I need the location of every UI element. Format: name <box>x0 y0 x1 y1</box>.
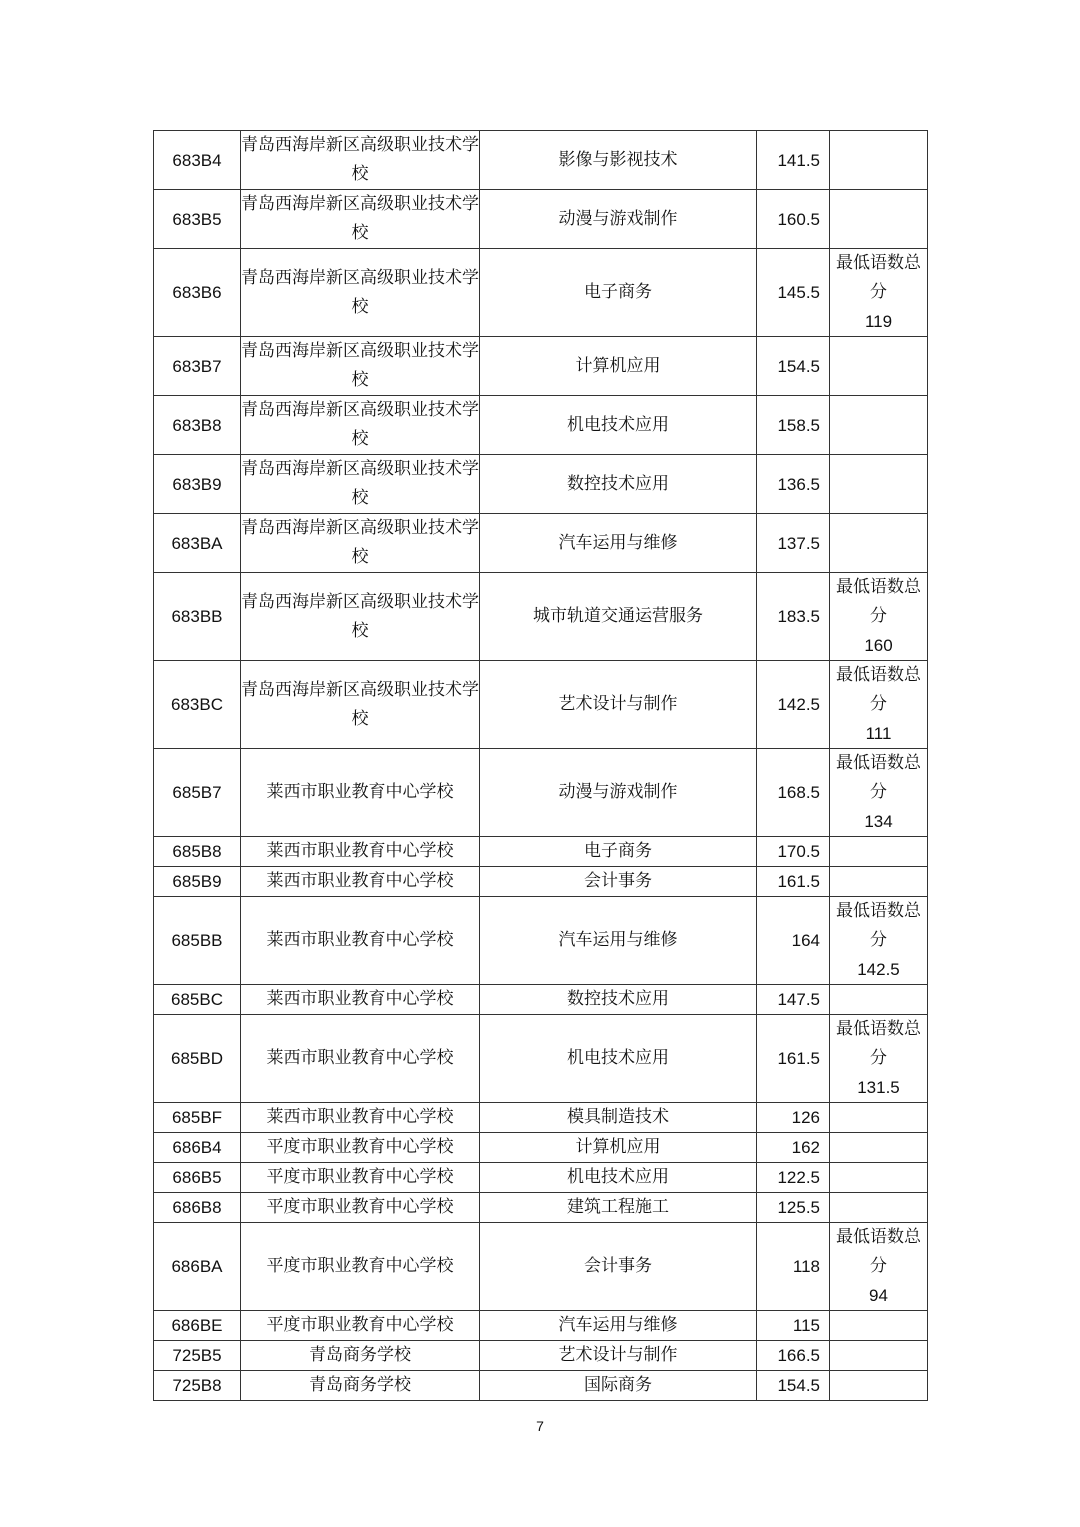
program-code-cell: 725B8 <box>154 1371 241 1401</box>
min-score-cell: 141.5 <box>757 131 830 190</box>
table-row: 683B4青岛西海岸新区高级职业技术学校影像与影视技术141.5 <box>154 131 928 190</box>
major-cell: 动漫与游戏制作 <box>480 749 757 837</box>
remark-value: 111 <box>830 719 927 748</box>
table-row: 685B9莱西市职业教育中心学校会计事务161.5 <box>154 867 928 897</box>
program-code-cell: 686BA <box>154 1223 241 1311</box>
school-name-cell: 青岛西海岸新区高级职业技术学校 <box>241 514 480 573</box>
min-score-cell: 154.5 <box>757 337 830 396</box>
remark-cell <box>830 1103 928 1133</box>
min-score-cell: 122.5 <box>757 1163 830 1193</box>
school-name-cell: 青岛西海岸新区高级职业技术学校 <box>241 337 480 396</box>
program-code-cell: 683BA <box>154 514 241 573</box>
major-cell: 计算机应用 <box>480 337 757 396</box>
table-row: 683B9青岛西海岸新区高级职业技术学校数控技术应用136.5 <box>154 455 928 514</box>
school-name-cell: 青岛商务学校 <box>241 1371 480 1401</box>
min-score-cell: 154.5 <box>757 1371 830 1401</box>
min-score-cell: 136.5 <box>757 455 830 514</box>
remark-cell <box>830 131 928 190</box>
school-name-cell: 莱西市职业教育中心学校 <box>241 749 480 837</box>
min-score-cell: 137.5 <box>757 514 830 573</box>
major-cell: 建筑工程施工 <box>480 1193 757 1223</box>
school-name-cell: 平度市职业教育中心学校 <box>241 1223 480 1311</box>
table-row: 686BE平度市职业教育中心学校汽车运用与维修115 <box>154 1311 928 1341</box>
school-name-cell: 青岛商务学校 <box>241 1341 480 1371</box>
remark-cell <box>830 1163 928 1193</box>
remark-value: 134 <box>830 807 927 836</box>
program-code-cell: 685BB <box>154 897 241 985</box>
table-row: 685BF莱西市职业教育中心学校模具制造技术126 <box>154 1103 928 1133</box>
table-row: 685B7莱西市职业教育中心学校动漫与游戏制作168.5最低语数总分134 <box>154 749 928 837</box>
major-cell: 艺术设计与制作 <box>480 1341 757 1371</box>
remark-cell <box>830 867 928 897</box>
table-row: 685BC莱西市职业教育中心学校数控技术应用147.5 <box>154 985 928 1015</box>
table-row: 685BB莱西市职业教育中心学校汽车运用与维修164最低语数总分142.5 <box>154 897 928 985</box>
school-name-cell: 青岛西海岸新区高级职业技术学校 <box>241 396 480 455</box>
program-code-cell: 683B6 <box>154 249 241 337</box>
table-row: 725B5青岛商务学校艺术设计与制作166.5 <box>154 1341 928 1371</box>
remark-cell <box>830 396 928 455</box>
major-cell: 机电技术应用 <box>480 1163 757 1193</box>
school-name-cell: 平度市职业教育中心学校 <box>241 1193 480 1223</box>
remark-label: 最低语数总分 <box>830 573 927 631</box>
remark-cell <box>830 190 928 249</box>
table-row: 685BD莱西市职业教育中心学校机电技术应用161.5最低语数总分131.5 <box>154 1015 928 1103</box>
school-name-cell: 平度市职业教育中心学校 <box>241 1133 480 1163</box>
min-score-cell: 126 <box>757 1103 830 1133</box>
remark-cell: 最低语数总分160 <box>830 573 928 661</box>
min-score-cell: 161.5 <box>757 1015 830 1103</box>
school-name-cell: 莱西市职业教育中心学校 <box>241 837 480 867</box>
min-score-cell: 164 <box>757 897 830 985</box>
remark-cell <box>830 1371 928 1401</box>
table-row: 683BB青岛西海岸新区高级职业技术学校城市轨道交通运营服务183.5最低语数总… <box>154 573 928 661</box>
school-name-cell: 青岛西海岸新区高级职业技术学校 <box>241 661 480 749</box>
school-name-cell: 平度市职业教育中心学校 <box>241 1163 480 1193</box>
remark-value: 142.5 <box>830 955 927 984</box>
major-cell: 影像与影视技术 <box>480 131 757 190</box>
program-code-cell: 725B5 <box>154 1341 241 1371</box>
table-row: 683B7青岛西海岸新区高级职业技术学校计算机应用154.5 <box>154 337 928 396</box>
school-name-cell: 青岛西海岸新区高级职业技术学校 <box>241 573 480 661</box>
school-name-cell: 青岛西海岸新区高级职业技术学校 <box>241 131 480 190</box>
remark-value: 94 <box>830 1281 927 1310</box>
remark-cell: 最低语数总分142.5 <box>830 897 928 985</box>
school-name-cell: 青岛西海岸新区高级职业技术学校 <box>241 190 480 249</box>
remark-value: 119 <box>830 307 927 336</box>
min-score-cell: 168.5 <box>757 749 830 837</box>
program-code-cell: 685BC <box>154 985 241 1015</box>
min-score-cell: 145.5 <box>757 249 830 337</box>
major-cell: 汽车运用与维修 <box>480 514 757 573</box>
remark-cell: 最低语数总分134 <box>830 749 928 837</box>
school-name-cell: 莱西市职业教育中心学校 <box>241 1103 480 1133</box>
major-cell: 汽车运用与维修 <box>480 1311 757 1341</box>
remark-cell: 最低语数总分94 <box>830 1223 928 1311</box>
min-score-cell: 166.5 <box>757 1341 830 1371</box>
program-code-cell: 685B8 <box>154 837 241 867</box>
major-cell: 计算机应用 <box>480 1133 757 1163</box>
program-code-cell: 683BB <box>154 573 241 661</box>
remark-cell <box>830 514 928 573</box>
remark-value: 160 <box>830 631 927 660</box>
major-cell: 电子商务 <box>480 249 757 337</box>
major-cell: 艺术设计与制作 <box>480 661 757 749</box>
school-name-cell: 青岛西海岸新区高级职业技术学校 <box>241 455 480 514</box>
remark-cell <box>830 837 928 867</box>
school-name-cell: 青岛西海岸新区高级职业技术学校 <box>241 249 480 337</box>
min-score-cell: 142.5 <box>757 661 830 749</box>
table-body: 683B4青岛西海岸新区高级职业技术学校影像与影视技术141.5683B5青岛西… <box>154 131 928 1401</box>
table-row: 686BA平度市职业教育中心学校会计事务118最低语数总分94 <box>154 1223 928 1311</box>
remark-cell <box>830 1311 928 1341</box>
school-name-cell: 莱西市职业教育中心学校 <box>241 897 480 985</box>
program-code-cell: 685B7 <box>154 749 241 837</box>
table-row: 686B4平度市职业教育中心学校计算机应用162 <box>154 1133 928 1163</box>
table-row: 683B6青岛西海岸新区高级职业技术学校电子商务145.5最低语数总分119 <box>154 249 928 337</box>
table-row: 683B8青岛西海岸新区高级职业技术学校机电技术应用158.5 <box>154 396 928 455</box>
major-cell: 机电技术应用 <box>480 396 757 455</box>
remark-cell <box>830 1133 928 1163</box>
program-code-cell: 683B9 <box>154 455 241 514</box>
min-score-cell: 160.5 <box>757 190 830 249</box>
min-score-cell: 115 <box>757 1311 830 1341</box>
program-code-cell: 686B5 <box>154 1163 241 1193</box>
program-code-cell: 686B8 <box>154 1193 241 1223</box>
min-score-cell: 158.5 <box>757 396 830 455</box>
major-cell: 会计事务 <box>480 1223 757 1311</box>
program-code-cell: 683B5 <box>154 190 241 249</box>
remark-label: 最低语数总分 <box>830 1223 927 1281</box>
school-name-cell: 莱西市职业教育中心学校 <box>241 867 480 897</box>
program-code-cell: 685B9 <box>154 867 241 897</box>
major-cell: 动漫与游戏制作 <box>480 190 757 249</box>
program-code-cell: 683B4 <box>154 131 241 190</box>
remark-cell <box>830 1193 928 1223</box>
remark-cell <box>830 455 928 514</box>
table-row: 685B8莱西市职业教育中心学校电子商务170.5 <box>154 837 928 867</box>
table-row: 686B8平度市职业教育中心学校建筑工程施工125.5 <box>154 1193 928 1223</box>
major-cell: 模具制造技术 <box>480 1103 757 1133</box>
remark-value: 131.5 <box>830 1073 927 1102</box>
remark-label: 最低语数总分 <box>830 749 927 807</box>
table-row: 683B5青岛西海岸新区高级职业技术学校动漫与游戏制作160.5 <box>154 190 928 249</box>
major-cell: 电子商务 <box>480 837 757 867</box>
table-row: 686B5平度市职业教育中心学校机电技术应用122.5 <box>154 1163 928 1193</box>
school-name-cell: 莱西市职业教育中心学校 <box>241 1015 480 1103</box>
admission-score-table: 683B4青岛西海岸新区高级职业技术学校影像与影视技术141.5683B5青岛西… <box>153 130 928 1401</box>
major-cell: 汽车运用与维修 <box>480 897 757 985</box>
major-cell: 数控技术应用 <box>480 985 757 1015</box>
min-score-cell: 161.5 <box>757 867 830 897</box>
major-cell: 会计事务 <box>480 867 757 897</box>
remark-cell <box>830 985 928 1015</box>
table-row: 683BC青岛西海岸新区高级职业技术学校艺术设计与制作142.5最低语数总分11… <box>154 661 928 749</box>
major-cell: 国际商务 <box>480 1371 757 1401</box>
remark-label: 最低语数总分 <box>830 897 927 955</box>
program-code-cell: 685BF <box>154 1103 241 1133</box>
program-code-cell: 683B8 <box>154 396 241 455</box>
document-page: 683B4青岛西海岸新区高级职业技术学校影像与影视技术141.5683B5青岛西… <box>0 0 1080 1527</box>
table-row: 725B8青岛商务学校国际商务154.5 <box>154 1371 928 1401</box>
program-code-cell: 683B7 <box>154 337 241 396</box>
min-score-cell: 118 <box>757 1223 830 1311</box>
program-code-cell: 685BD <box>154 1015 241 1103</box>
program-code-cell: 683BC <box>154 661 241 749</box>
major-cell: 数控技术应用 <box>480 455 757 514</box>
min-score-cell: 125.5 <box>757 1193 830 1223</box>
remark-label: 最低语数总分 <box>830 249 927 307</box>
program-code-cell: 686B4 <box>154 1133 241 1163</box>
remark-cell: 最低语数总分111 <box>830 661 928 749</box>
table-row: 683BA青岛西海岸新区高级职业技术学校汽车运用与维修137.5 <box>154 514 928 573</box>
program-code-cell: 686BE <box>154 1311 241 1341</box>
school-name-cell: 平度市职业教育中心学校 <box>241 1311 480 1341</box>
remark-label: 最低语数总分 <box>830 661 927 719</box>
remark-cell: 最低语数总分119 <box>830 249 928 337</box>
remark-cell <box>830 337 928 396</box>
remark-cell: 最低语数总分131.5 <box>830 1015 928 1103</box>
major-cell: 城市轨道交通运营服务 <box>480 573 757 661</box>
major-cell: 机电技术应用 <box>480 1015 757 1103</box>
min-score-cell: 183.5 <box>757 573 830 661</box>
min-score-cell: 170.5 <box>757 837 830 867</box>
min-score-cell: 147.5 <box>757 985 830 1015</box>
page-number: 7 <box>0 1418 1080 1434</box>
remark-cell <box>830 1341 928 1371</box>
school-name-cell: 莱西市职业教育中心学校 <box>241 985 480 1015</box>
min-score-cell: 162 <box>757 1133 830 1163</box>
remark-label: 最低语数总分 <box>830 1015 927 1073</box>
